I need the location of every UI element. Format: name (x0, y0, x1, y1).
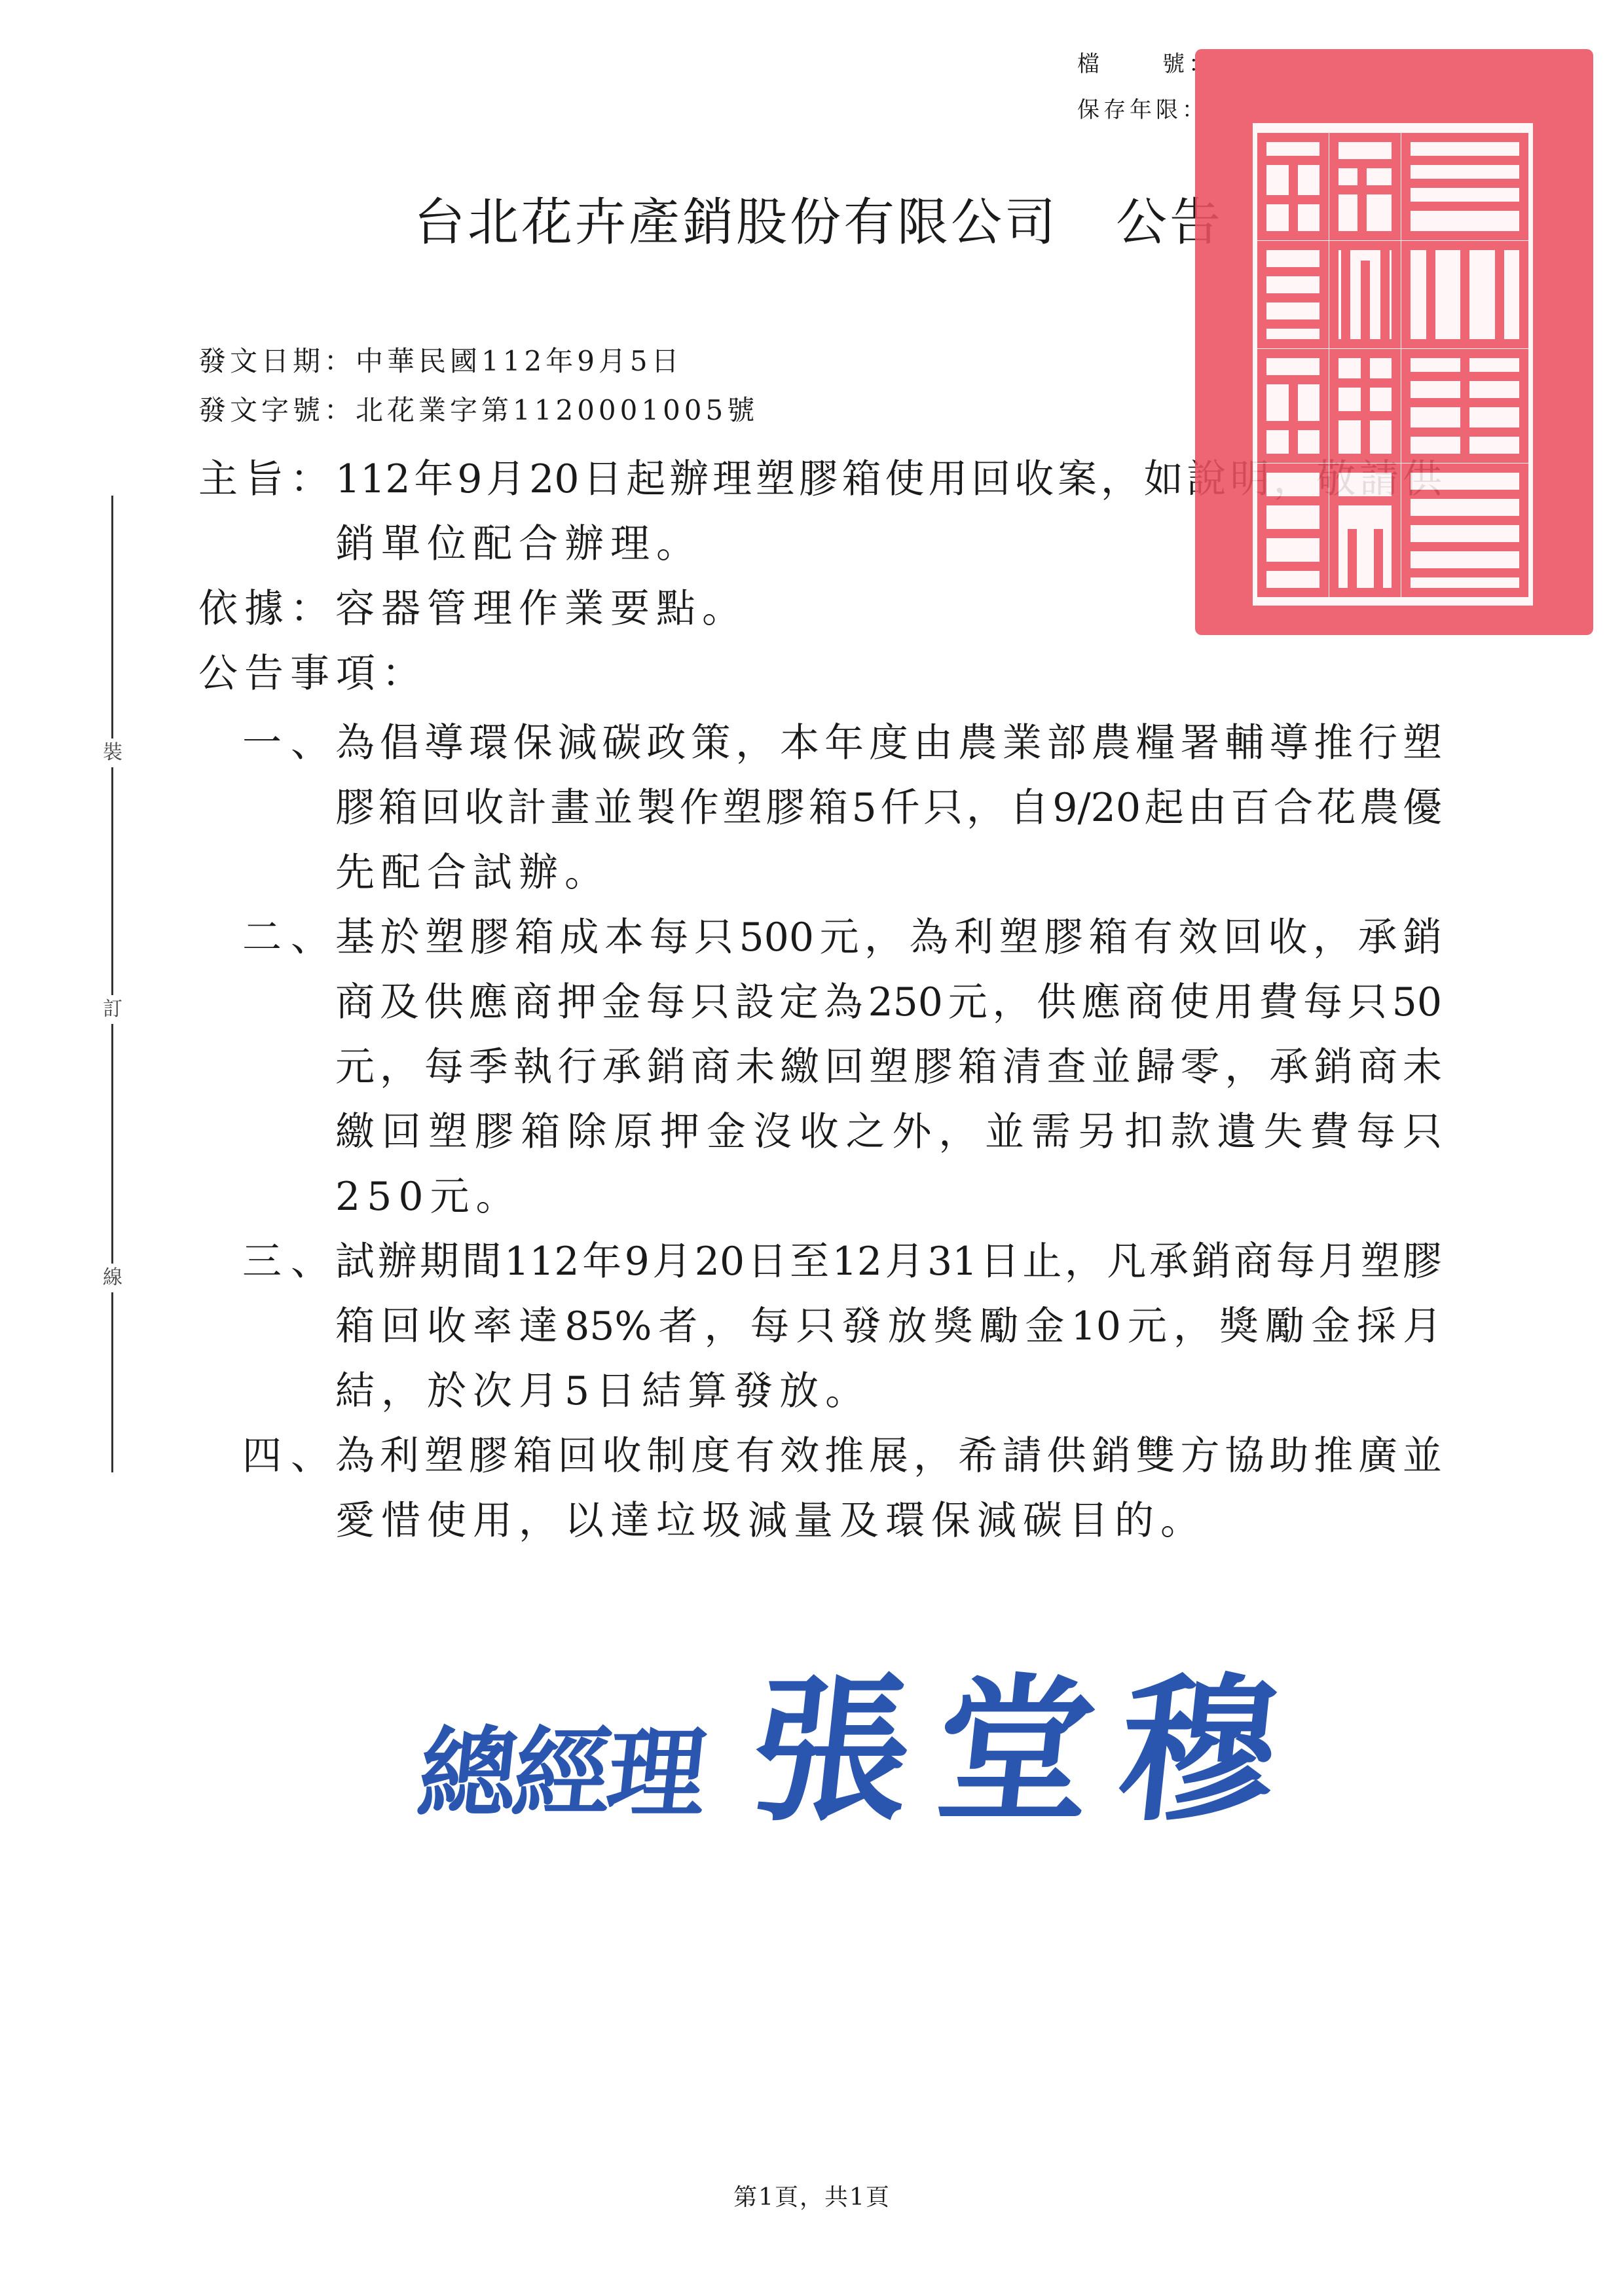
binding-char-ding: 訂 (98, 995, 127, 1024)
item-line: 元，每季執行承銷商未繳回塑膠箱清查並歸零，承銷商未 (335, 1041, 1442, 1093)
item-number: 四、 (242, 1430, 334, 1482)
binding-char-zhuang: 裝 (98, 738, 127, 767)
company-name: 台北花卉產銷股份有限公司 (414, 193, 1058, 252)
item-line: 基於塑膠箱成本每只500元，為利塑膠箱有效回收，承銷 (335, 911, 1442, 964)
item-line: 為倡導環保減碳政策，本年度由農業部農糧署輔導推行塑 (335, 717, 1442, 769)
item-line: 為利塑膠箱回收制度有效推展，希請供銷雙方協助推廣並 (335, 1430, 1442, 1482)
issue-date: 發文日期：中華民國112年9月5日 (198, 342, 683, 381)
item-line: 繳回塑膠箱除原押金沒收之外，並需另扣款遺失費每只 (335, 1106, 1442, 1158)
issue-number-label: 發文字號 (198, 394, 324, 426)
signature-name: 張堂穆 (744, 1666, 1312, 1836)
item-line: 250元。 (335, 1171, 522, 1223)
item-line: 膠箱回收計畫並製作塑膠箱5仟只，自9/20起由百合花農優 (335, 782, 1442, 834)
signature-title: 總經理 (413, 1719, 708, 1830)
item-line: 結，於次月5日結算發放。 (335, 1365, 871, 1417)
file-number-field: 檔號： (1077, 46, 1215, 78)
item-line: 先配合試辦。 (335, 847, 610, 899)
basis-label: 依據： (198, 583, 336, 635)
subject-line: 銷單位配合辦理。 (335, 518, 702, 570)
item-number: 二、 (242, 911, 334, 964)
item-number: 一、 (242, 717, 334, 769)
item-number: 三、 (242, 1235, 334, 1288)
seal-glyphs-icon (1195, 49, 1593, 635)
item-line: 箱回收率達85%者，每只發放獎勵金10元，獎勵金採月 (335, 1300, 1442, 1353)
page-number: 第1頁，共1頁 (0, 2179, 1624, 2212)
item-line: 愛惜使用，以達垃圾減量及環保減碳目的。 (335, 1495, 1206, 1547)
item-line: 試辦期間112年9月20日至12月31日止，凡承銷商每月塑膠 (335, 1235, 1442, 1288)
items-heading: 公告事項： (198, 647, 428, 700)
subject-label: 主旨： (198, 453, 336, 505)
binding-line (111, 496, 113, 1472)
file-number-label: 檔號 (1077, 46, 1189, 78)
issue-number: 發文字號：北花業字第1120001005號 (198, 391, 758, 430)
issue-date-label: 發文日期 (198, 345, 324, 377)
binding-char-xian: 線 (98, 1264, 127, 1292)
basis-text: 容器管理作業要點。 (335, 583, 748, 635)
page-title: 台北花卉產銷股份有限公司公告 (414, 190, 1223, 255)
issue-number-value: 北花業字第1120001005號 (356, 394, 758, 426)
company-seal (1195, 49, 1593, 635)
item-line: 商及供應商押金每只設定為250元，供應商使用費每只50 (335, 976, 1442, 1029)
retention-field: 保存年限： (1077, 92, 1208, 124)
retention-label: 保存年限 (1077, 97, 1182, 123)
issue-date-value: 中華民國112年9月5日 (356, 345, 683, 377)
